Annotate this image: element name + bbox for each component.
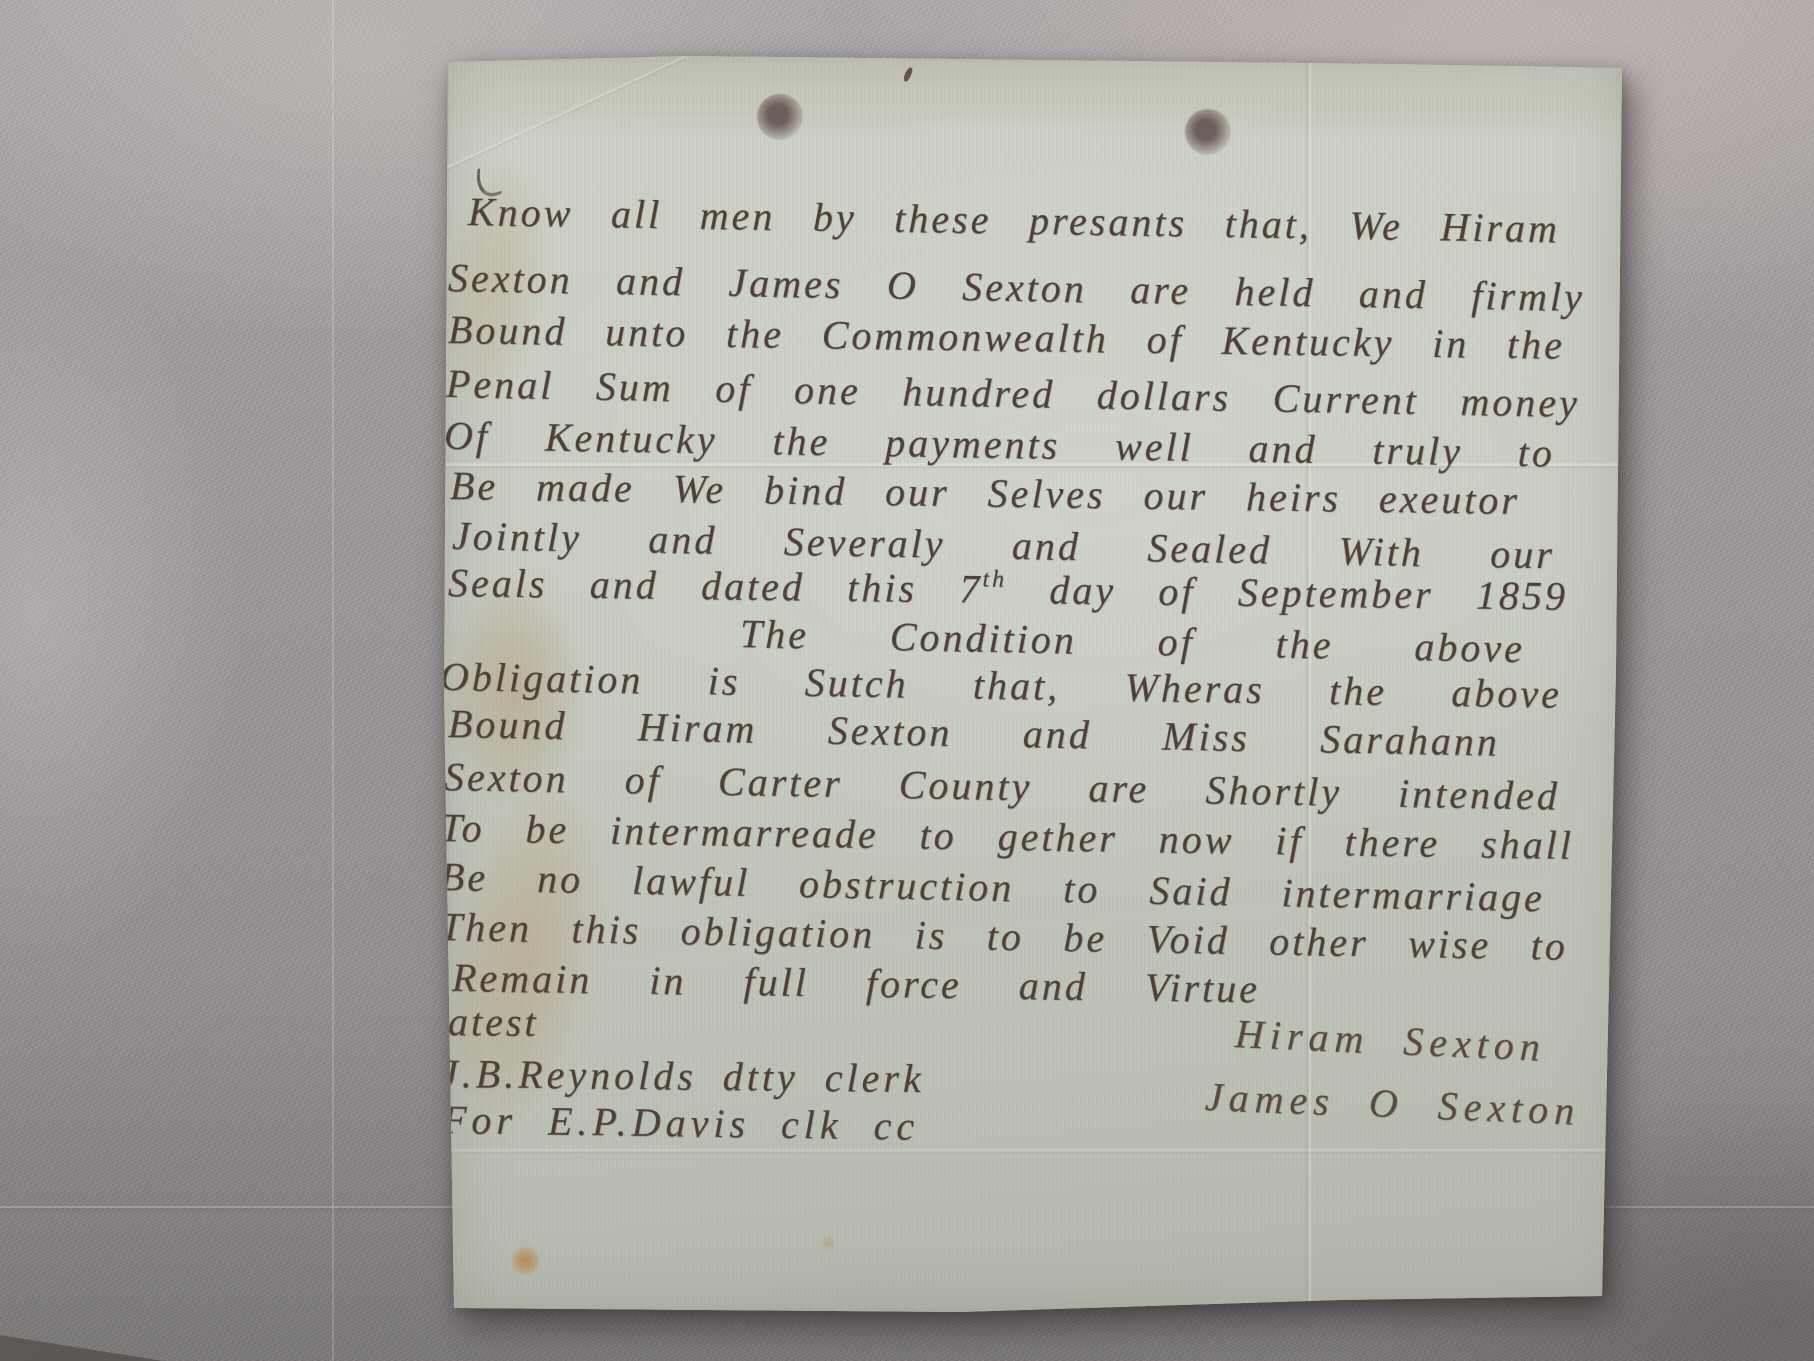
attest-label: atest [448, 1000, 539, 1046]
photo-of-document: Know all men by these presants that, We … [0, 0, 1814, 1361]
paper-wrapper: Know all men by these presants that, We … [440, 50, 1630, 1320]
stain [512, 1246, 539, 1275]
signature-james-sexton: James O Sexton [1204, 1075, 1581, 1134]
crease-line [440, 55, 687, 174]
handwritten-line-16: Remain in full force and Virtue [452, 956, 1261, 1012]
ordinal-suffix: th [982, 567, 1007, 593]
countertop-seam-vertical [332, 0, 334, 1361]
line-8-text: Seals and dated this 7 [448, 560, 983, 612]
ink-fleck [902, 66, 913, 82]
document-paper: Know all men by these presants that, We … [440, 50, 1630, 1320]
crease-line [440, 1148, 1630, 1154]
handwritten-line-1: Know all men by these presants that, We … [468, 190, 1561, 252]
clerk-attestation-line: J.B.Reynolds dtty clerk [440, 1052, 925, 1102]
stain [820, 1236, 837, 1250]
punch-hole [1185, 109, 1231, 155]
clerk-for-line: For E.P.Davis clk cc [442, 1098, 920, 1149]
punch-hole [757, 94, 803, 140]
signature-hiram-sexton: Hiram Sexton [1234, 1012, 1547, 1070]
line-8-text: day of September 1859 [1007, 567, 1568, 619]
